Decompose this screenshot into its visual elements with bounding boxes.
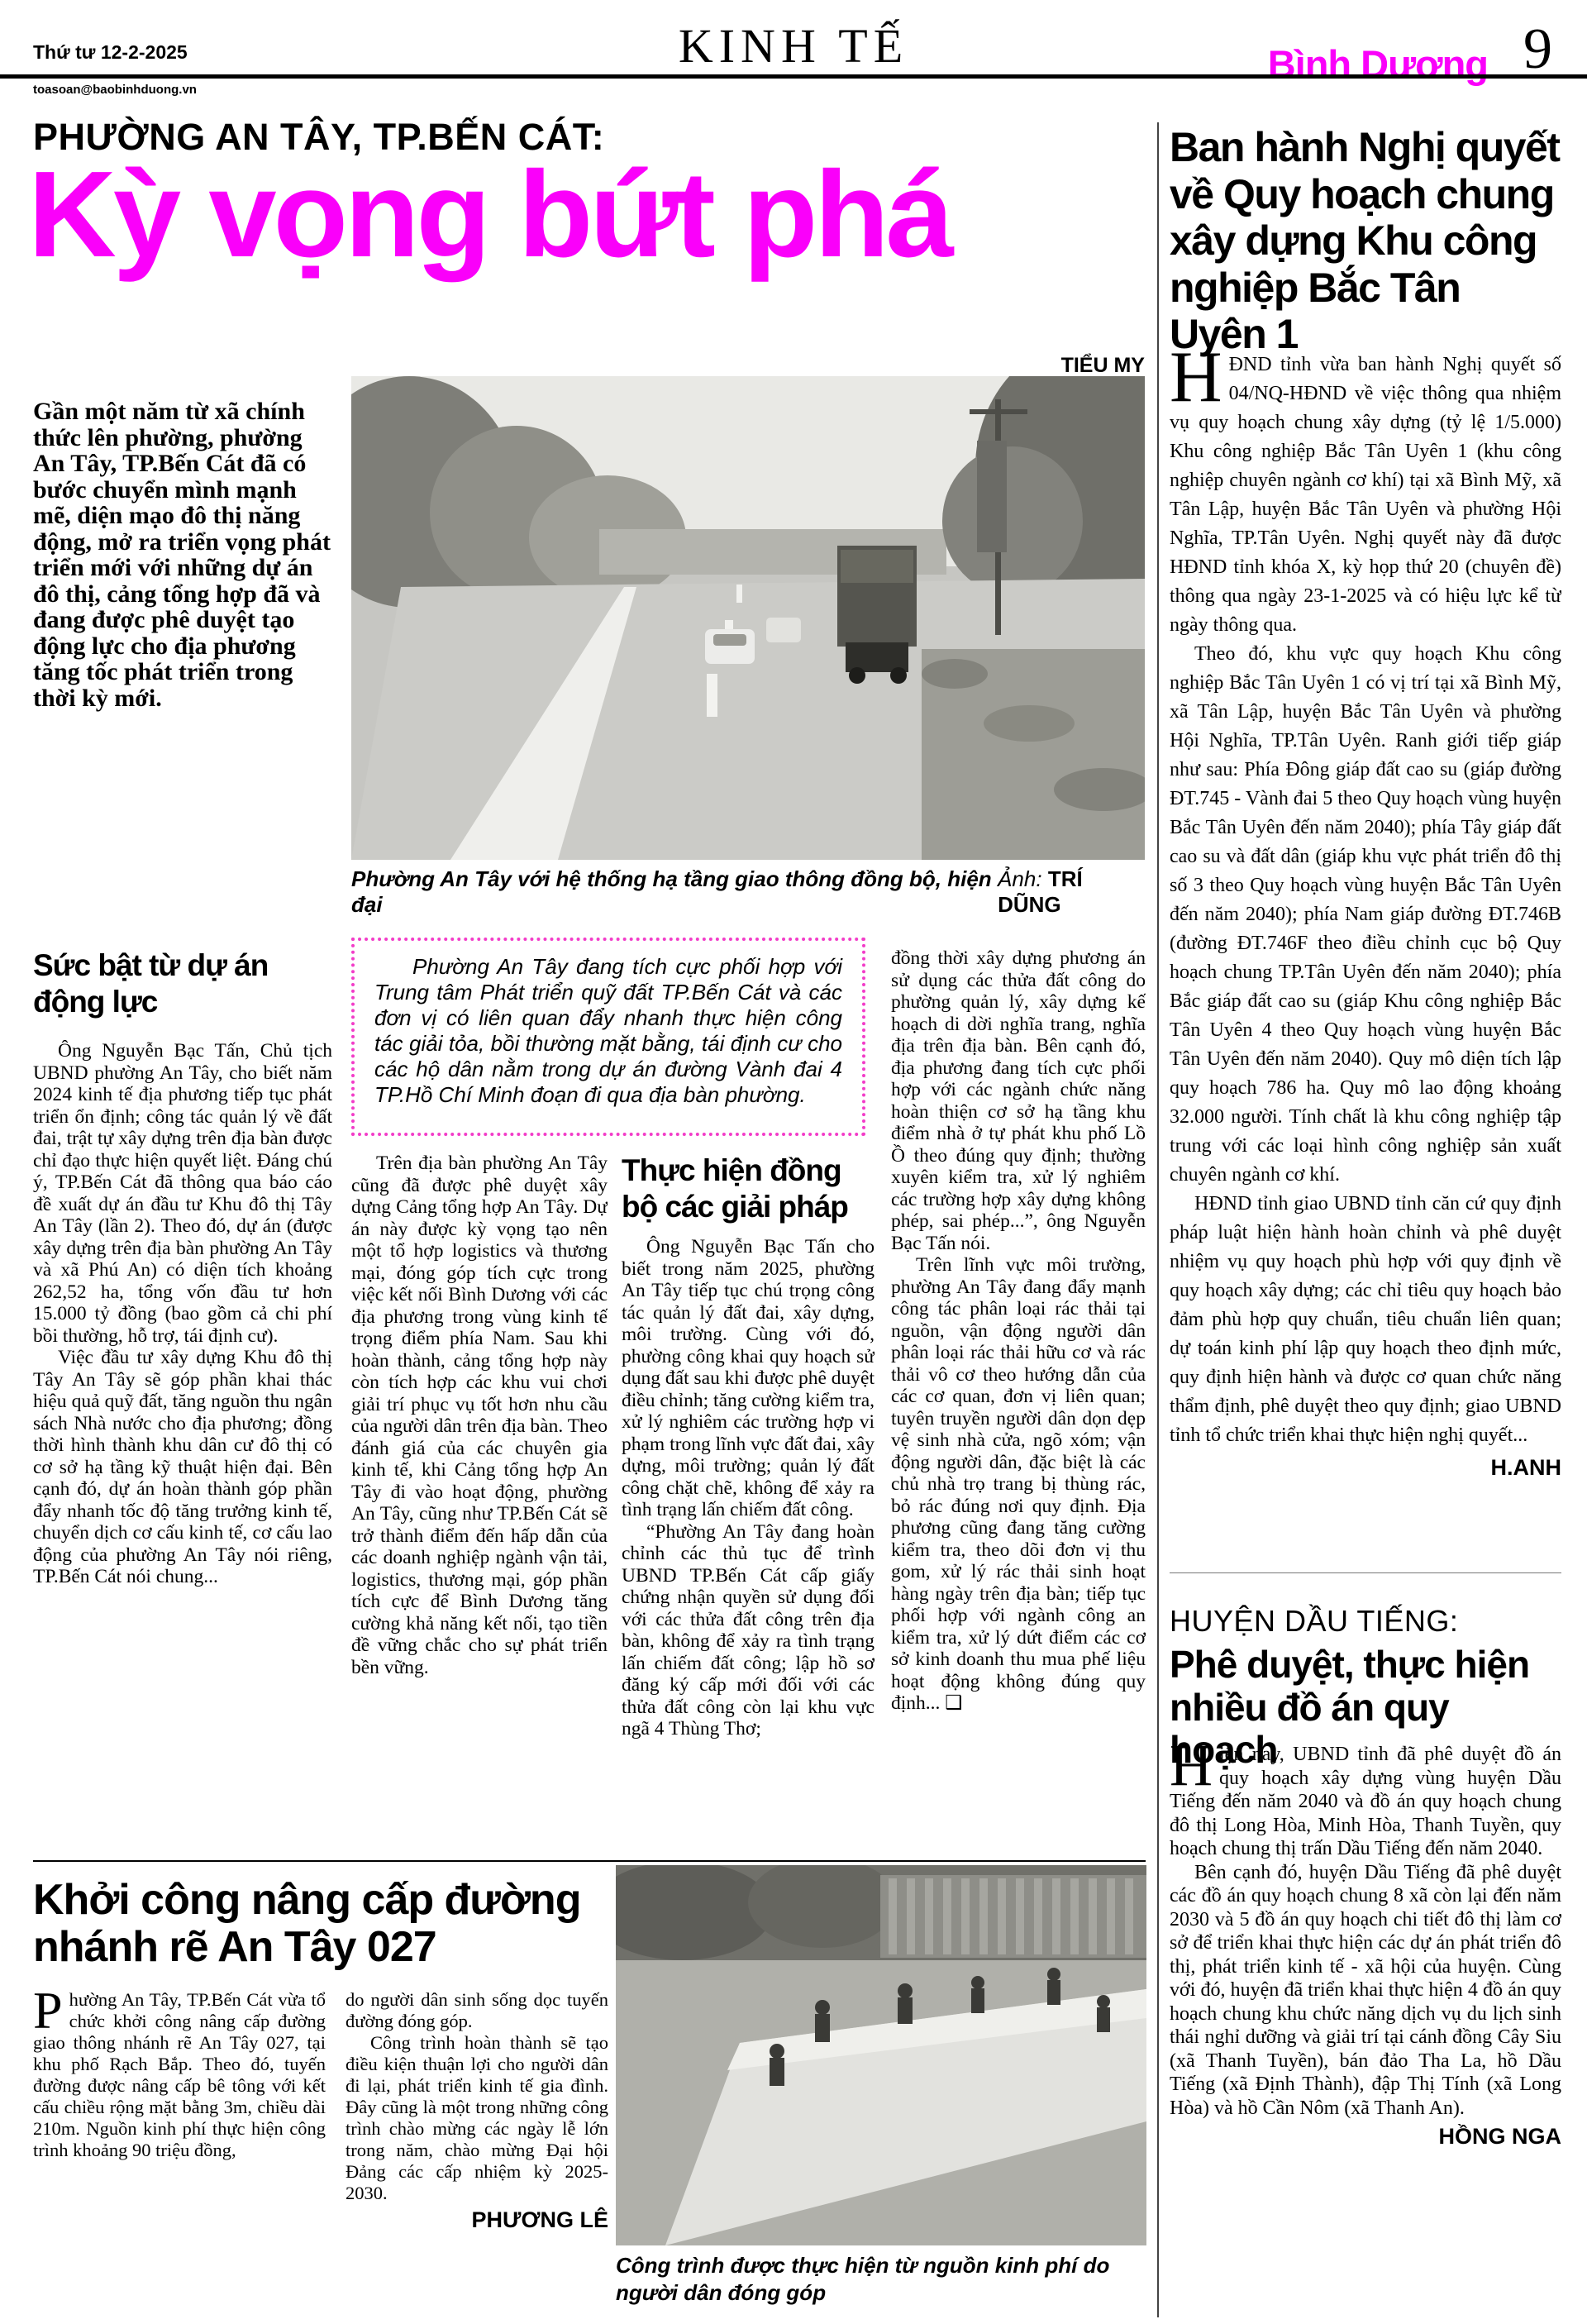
right2-body: Hiện nay, UBND tỉnh đã phê duyệt đồ án q… — [1170, 1743, 1561, 2288]
article-paragraph: HĐND tỉnh vừa ban hành Nghị quyết số 04/… — [1170, 351, 1561, 640]
quote-text: Phường An Tây đang tích cực phối hợp với… — [374, 954, 842, 1108]
article-paragraph: “Phường An Tây đang hoàn chỉnh các thủ t… — [622, 1521, 875, 1740]
section-title: KINH TẾ — [579, 18, 1008, 74]
right1-body: HĐND tỉnh vừa ban hành Nghị quyết số 04/… — [1170, 351, 1561, 1541]
bottom-colA: Phường An Tây, TP.Bến Cát vừa tổ chức kh… — [33, 1989, 326, 2270]
right1-byline: H.ANH — [1170, 1453, 1561, 1482]
section-heading-1: Sức bật từ dự án động lực — [33, 947, 332, 1019]
article-paragraph: Ông Nguyễn Bạc Tấn cho biết trong năm 20… — [622, 1236, 875, 1521]
right-divider — [1170, 1572, 1561, 1573]
masthead-rule — [0, 74, 1587, 79]
brand-logo: Bình Dương — [1268, 41, 1488, 87]
photo-credit-label: Ảnh: — [998, 866, 1042, 891]
article-paragraph: Phường An Tây, TP.Bến Cát vừa tổ chức kh… — [33, 1989, 326, 2161]
construction-photo — [616, 1865, 1146, 2245]
main-col4: đồng thời xây dựng phương án sử dụng các… — [891, 947, 1146, 1860]
masthead-date: Thứ tư 12-2-2025 — [33, 41, 188, 64]
bottom-headline: Khởi công nâng cấp đường nhánh rẽ An Tây… — [33, 1877, 620, 1971]
article-paragraph: Hiện nay, UBND tỉnh đã phê duyệt đồ án q… — [1170, 1743, 1561, 1861]
page-number: 9 — [1523, 17, 1552, 83]
masthead-email: toasoan@baobinhduong.vn — [33, 83, 197, 97]
right1-headline: Ban hành Nghị quyết về Quy hoạch chung x… — [1170, 124, 1561, 358]
paragraph-text: ĐND tỉnh vừa ban hành Nghị quyết số 04/N… — [1170, 354, 1561, 636]
main-headline: Kỳ vọng bứt phá — [28, 154, 951, 276]
drop-cap: H — [1170, 351, 1229, 405]
main-col2: Trên địa bàn phường An Tây cũng đã được … — [351, 1152, 608, 1860]
newspaper-page: Thứ tư 12-2-2025 KINH TẾ Bình Dương 9 to… — [0, 0, 1587, 2324]
bottom-divider — [33, 1860, 1146, 1862]
drop-cap: P — [33, 1989, 69, 2032]
article-paragraph: Ông Nguyễn Bạc Tấn, Chủ tịch UBND phường… — [33, 1040, 332, 1347]
main-photo-credit: Ảnh: TRÍ DŨNG — [998, 866, 1145, 918]
article-paragraph: Bên cạnh đó, huyện Dầu Tiếng đã phê duyệ… — [1170, 1861, 1561, 2121]
article-paragraph: Công trình hoàn thành sẽ tạo điều kiện t… — [346, 2032, 608, 2204]
article-paragraph: do người dân sinh sống dọc tuyến đường đ… — [346, 1989, 608, 2032]
main-photo-caption-row: Phường An Tây với hệ thống hạ tầng giao … — [351, 866, 1145, 918]
construction-photo-caption: Công trình được thực hiện từ nguồn kinh … — [616, 2252, 1146, 2306]
main-photo — [351, 376, 1145, 860]
article-paragraph: Theo đó, khu vực quy hoạch Khu công nghi… — [1170, 640, 1561, 1190]
quote-box: Phường An Tây đang tích cực phối hợp với… — [351, 938, 865, 1136]
bottom-colB: do người dân sinh sống dọc tuyến đường đ… — [346, 1989, 608, 2231]
article-paragraph: HĐND tỉnh giao UBND tỉnh căn cứ quy định… — [1170, 1190, 1561, 1450]
article-paragraph: Trên lĩnh vực môi trường, phường An Tây … — [891, 1254, 1146, 1715]
bottom-byline: PHƯƠNG LÊ — [346, 2209, 608, 2231]
main-col1: Ông Nguyễn Bạc Tấn, Chủ tịch UBND phường… — [33, 1040, 332, 1859]
article-paragraph: Trên địa bàn phường An Tây cũng đã được … — [351, 1152, 608, 1678]
road-photo-illustration — [351, 376, 1145, 860]
paragraph-text: iện nay, UBND tỉnh đã phê duyệt đồ án qu… — [1170, 1744, 1561, 1859]
right2-byline: HỒNG NGA — [1170, 2125, 1561, 2149]
paragraph-text: hường An Tây, TP.Bến Cát vừa tổ chức khở… — [33, 1989, 326, 2160]
main-photo-caption: Phường An Tây với hệ thống hạ tầng giao … — [351, 866, 998, 918]
main-col3: Thực hiện đồng bộ các giải pháp Ông Nguy… — [622, 1152, 875, 1860]
main-lead: Gần một năm từ xã chính thức lên phường,… — [33, 398, 332, 711]
construction-photo-illustration — [616, 1865, 1146, 2245]
article-paragraph: đồng thời xây dựng phương án sử dụng các… — [891, 947, 1146, 1254]
vertical-rule — [1157, 122, 1159, 2317]
right2-kicker: HUYỆN DẦU TIẾNG: — [1170, 1604, 1458, 1639]
drop-cap: H — [1170, 1743, 1219, 1787]
article-paragraph: Việc đầu tư xây dựng Khu đô thị Tây An T… — [33, 1347, 332, 1588]
section-heading-2: Thực hiện đồng bộ các giải pháp — [622, 1152, 875, 1224]
